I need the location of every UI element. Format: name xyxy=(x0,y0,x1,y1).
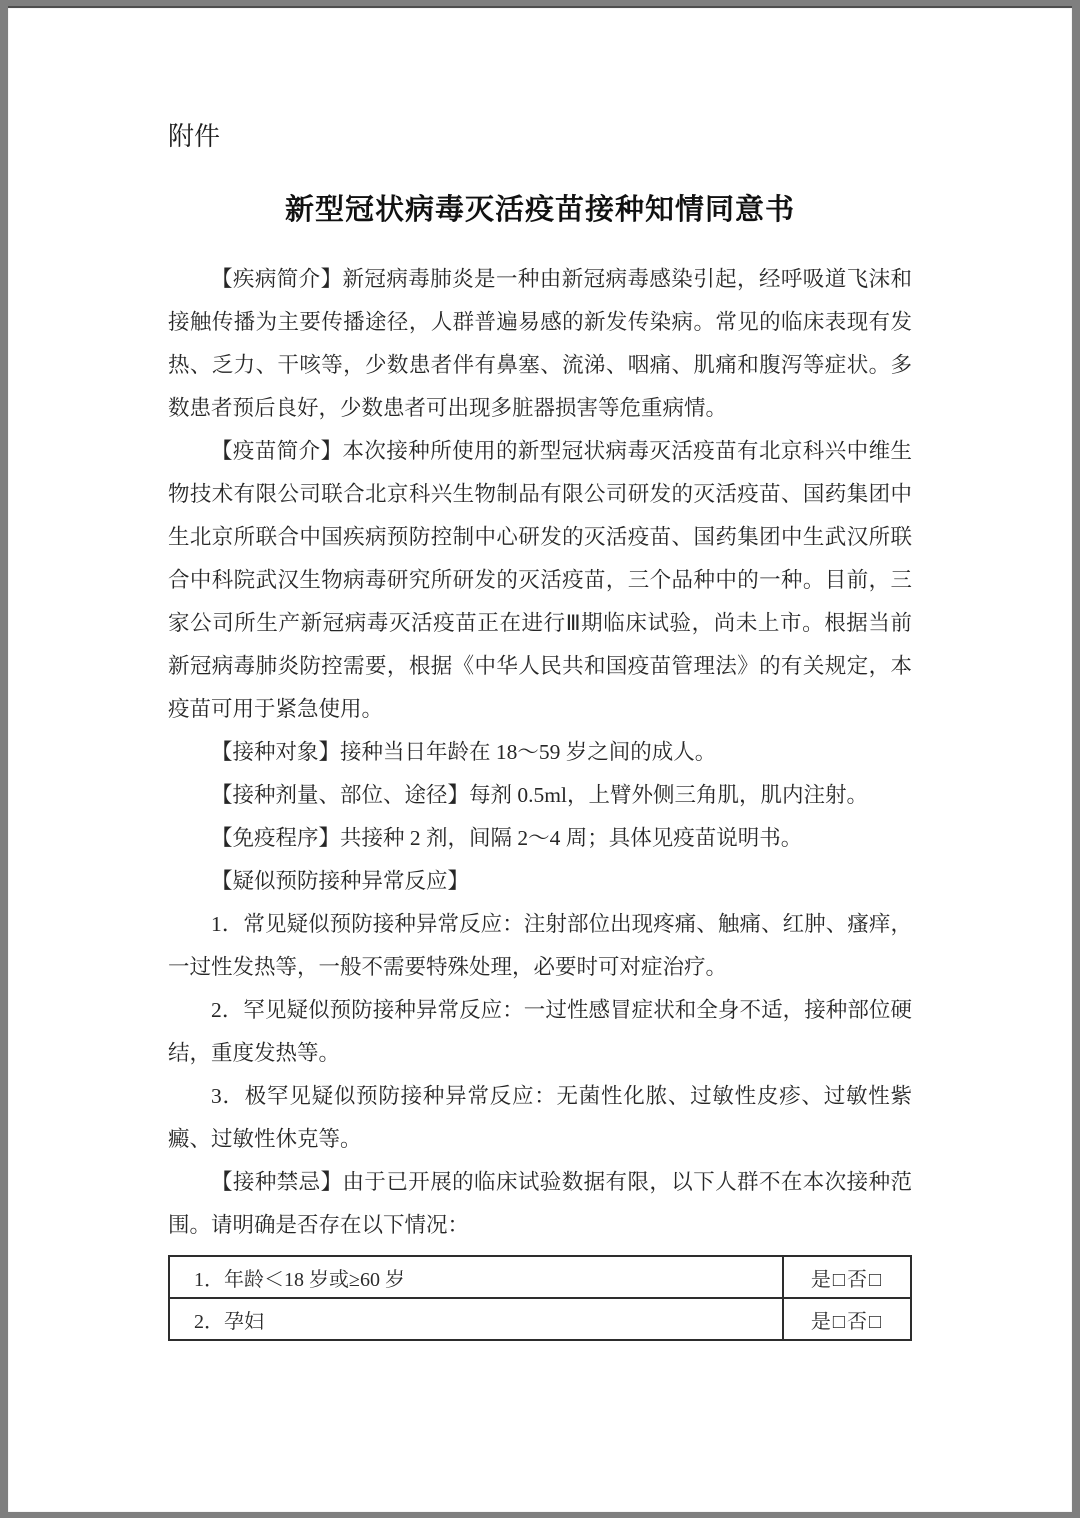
paragraph-immunization-schedule: 【免疫程序】共接种 2 剂，间隔 2～4 周；具体见疫苗说明书。 xyxy=(168,817,912,860)
paragraph-very-rare-reactions: 3．极罕见疑似预防接种异常反应：无菌性化脓、过敏性皮疹、过敏性紫癜、过敏性休克等… xyxy=(168,1075,912,1161)
condition-pregnancy-cell: 2．孕妇 xyxy=(169,1298,783,1340)
paragraph-adverse-reactions-heading: 【疑似预防接种异常反应】 xyxy=(168,860,912,903)
table-row: 2．孕妇 是□否□ xyxy=(169,1298,911,1340)
paragraph-contraindications: 【接种禁忌】由于已开展的临床试验数据有限，以下人群不在本次接种范围。请明确是否存… xyxy=(168,1161,912,1247)
condition-age-cell: 1．年龄＜18 岁或≥60 岁 xyxy=(169,1256,783,1298)
table-row: 1．年龄＜18 岁或≥60 岁 是□否□ xyxy=(169,1256,911,1298)
yes-no-checkbox-cell: 是□否□ xyxy=(783,1256,911,1298)
attachment-label: 附件 xyxy=(168,118,912,154)
paragraph-common-reactions: 1．常见疑似预防接种异常反应：注射部位出现疼痛、触痛、红肿、瘙痒，一过性发热等，… xyxy=(168,903,912,989)
paragraph-rare-reactions: 2．罕见疑似预防接种异常反应：一过性感冒症状和全身不适，接种部位硬结，重度发热等… xyxy=(168,989,912,1075)
paragraph-target-population: 【接种对象】接种当日年龄在 18～59 岁之间的成人。 xyxy=(168,731,912,774)
document-title: 新型冠状病毒灭活疫苗接种知情同意书 xyxy=(168,190,912,230)
paragraph-vaccine-intro: 【疫苗简介】本次接种所使用的新型冠状病毒灭活疫苗有北京科兴中维生物技术有限公司联… xyxy=(168,430,912,731)
paragraph-dose-site-route: 【接种剂量、部位、途径】每剂 0.5ml，上臂外侧三角肌，肌内注射。 xyxy=(168,774,912,817)
contraindication-table: 1．年龄＜18 岁或≥60 岁 是□否□ 2．孕妇 是□否□ xyxy=(168,1255,912,1341)
document-content: 附件 新型冠状病毒灭活疫苗接种知情同意书 【疾病简介】新冠病毒肺炎是一种由新冠病… xyxy=(8,8,1072,1341)
document-page: 附件 新型冠状病毒灭活疫苗接种知情同意书 【疾病简介】新冠病毒肺炎是一种由新冠病… xyxy=(8,6,1072,1512)
yes-no-checkbox-cell: 是□否□ xyxy=(783,1298,911,1340)
document-body: 【疾病简介】新冠病毒肺炎是一种由新冠病毒感染引起，经呼吸道飞沫和接触传播为主要传… xyxy=(168,258,912,1247)
paragraph-disease-intro: 【疾病简介】新冠病毒肺炎是一种由新冠病毒感染引起，经呼吸道飞沫和接触传播为主要传… xyxy=(168,258,912,430)
